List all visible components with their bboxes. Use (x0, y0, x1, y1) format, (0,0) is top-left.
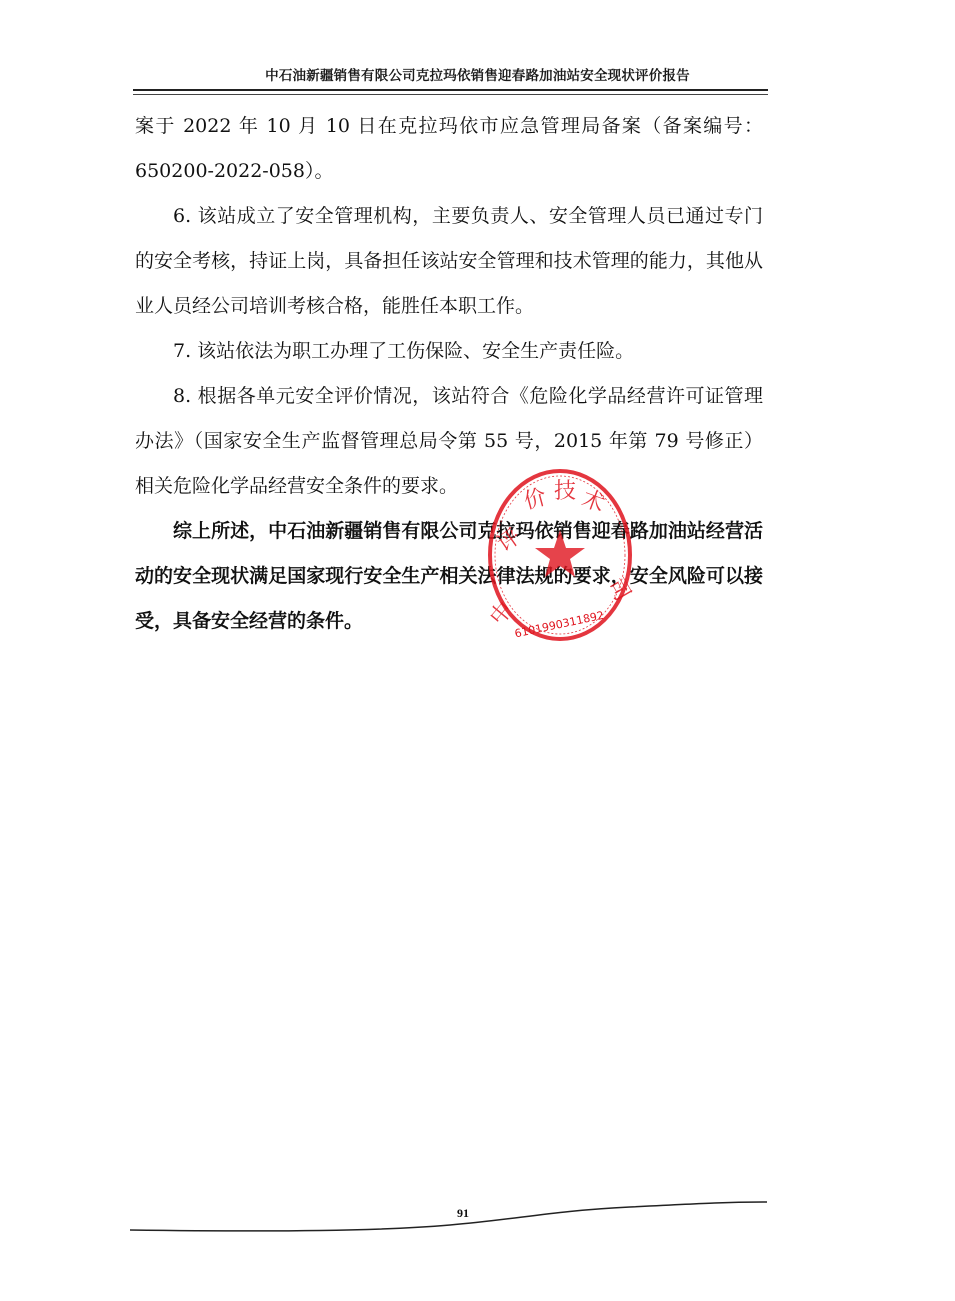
header-divider (133, 89, 768, 95)
paragraph-item-6: 6. 该站成立了安全管理机构，主要负责人、安全管理人员已通过专门的安全考核，持证… (135, 194, 763, 329)
paragraph-conclusion: 综上所述，中石油新疆销售有限公司克拉玛依销售迎春路加油站经营活动的安全现状满足国… (135, 509, 763, 644)
star-icon (535, 530, 585, 577)
svg-text:价: 价 (521, 485, 549, 515)
official-seal-stamp: 中 评 价 技 术 司 6101990311892 (485, 468, 635, 643)
report-header-title: 中石油新疆销售有限公司克拉玛依销售迎春路加油站安全现状评价报告 (0, 64, 955, 84)
svg-text:司: 司 (602, 574, 635, 606)
paragraph-filing: 案于 2022 年 10 月 10 日在克拉玛依市应急管理局备案（备案编号：65… (135, 104, 763, 194)
svg-text:中: 中 (485, 597, 518, 630)
paragraph-item-7: 7. 该站依法为职工办理了工伤保险、安全生产责任险。 (135, 329, 763, 374)
paragraph-item-8: 8. 根据各单元安全评价情况，该站符合《危险化学品经营许可证管理办法》（国家安全… (135, 374, 763, 509)
svg-text:技: 技 (554, 479, 576, 504)
document-body: 案于 2022 年 10 月 10 日在克拉玛依市应急管理局备案（备案编号：65… (135, 104, 763, 644)
page-number: 91 (0, 1206, 926, 1221)
svg-text:评: 评 (493, 524, 525, 557)
